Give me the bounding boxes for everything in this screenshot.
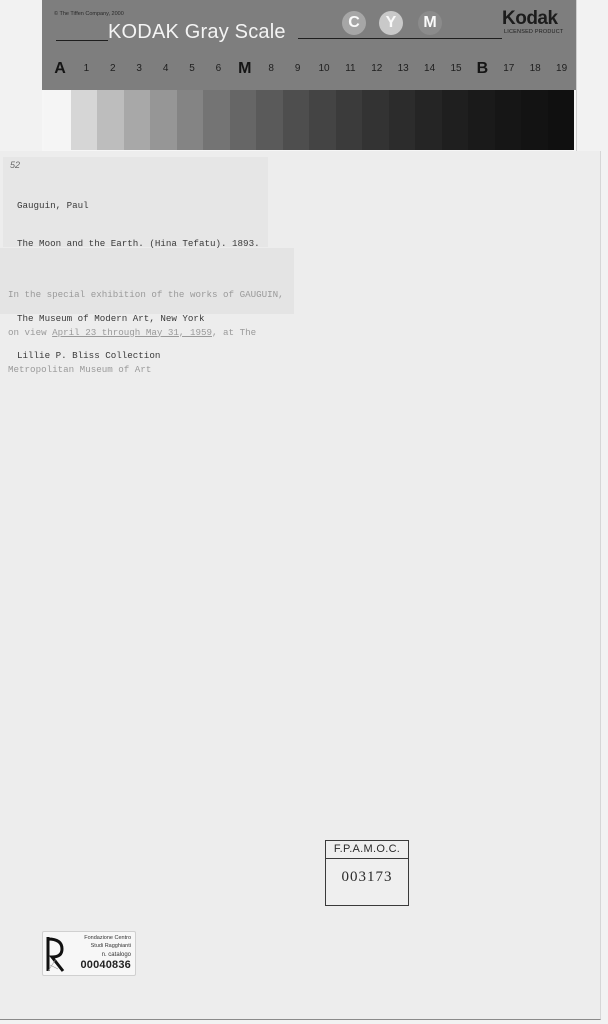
scale-label: 1 [84, 58, 90, 80]
catalog-sticker: Fondazione Centro Studi Ragghianti n. ca… [42, 931, 136, 976]
scale-label: 9 [295, 58, 301, 80]
catalog-label: n. catalogo [102, 952, 131, 958]
scale-label: M [238, 58, 251, 80]
gray-patch [230, 90, 257, 150]
scale-label: B [477, 58, 489, 80]
scale-label: 13 [398, 58, 409, 80]
scale-label: 10 [318, 58, 329, 80]
gray-patch [177, 90, 204, 150]
scale-label: 4 [163, 58, 169, 80]
kodak-gray-scale-card: © The Tiffen Company, 2000 KODAK Gray Sc… [42, 0, 577, 152]
title-rule-right [298, 38, 502, 39]
artwork-label: 52 Gauguin, Paul The Moon and the Earth.… [3, 157, 268, 247]
gray-patch [336, 90, 363, 150]
gray-patches [44, 90, 574, 150]
cyan-circle-icon: C [342, 11, 366, 35]
scale-label: 14 [424, 58, 435, 80]
gray-patch [203, 90, 230, 150]
yellow-circle-icon: Y [379, 11, 403, 35]
gray-patch [468, 90, 495, 150]
gray-patch [97, 90, 124, 150]
copyright-text: © The Tiffen Company, 2000 [54, 11, 124, 17]
gray-scale-header: © The Tiffen Company, 2000 KODAK Gray Sc… [42, 0, 576, 90]
gray-patch [548, 90, 575, 150]
gray-scale-title: KODAK Gray Scale [108, 21, 286, 44]
exhibition-on-view: on view [8, 327, 52, 338]
magenta-circle-icon: M [418, 11, 442, 35]
stamp-number: 003173 [326, 869, 408, 886]
scale-label: 19 [556, 58, 567, 80]
scale-label: 8 [268, 58, 274, 80]
handwritten-number: 52 [10, 159, 20, 172]
gray-patch [256, 90, 283, 150]
scale-label: 11 [345, 58, 355, 80]
gray-patch [521, 90, 548, 150]
ragghianti-logo-icon [46, 935, 66, 973]
scale-labels: A123456M89101112131415B171819 [42, 58, 576, 80]
gray-patch [495, 90, 522, 150]
org-name-line-2: Studi Ragghianti [91, 943, 131, 949]
scale-label: 5 [189, 58, 195, 80]
fpamoc-stamp: F.P.A.M.O.C. 003173 [325, 840, 409, 906]
title-rule-left [56, 40, 108, 41]
scale-label: 18 [530, 58, 541, 80]
scale-label: 12 [371, 58, 382, 80]
exhibition-line-3: Metropolitan Museum of Art [8, 364, 284, 377]
exhibition-label: In the special exhibition of the works o… [0, 248, 294, 314]
stamp-header: F.P.A.M.O.C. [326, 841, 408, 859]
gray-patch [71, 90, 98, 150]
artist-name: Gauguin, Paul [17, 200, 260, 213]
scale-label: 17 [503, 58, 514, 80]
gray-patch [44, 90, 71, 150]
scale-label: 3 [136, 58, 142, 80]
gray-patch [442, 90, 469, 150]
kodak-logo: Kodak [502, 8, 558, 30]
gray-patch [415, 90, 442, 150]
gray-patch [389, 90, 416, 150]
gray-patch [309, 90, 336, 150]
gray-patch [283, 90, 310, 150]
exhibition-line-1: In the special exhibition of the works o… [8, 289, 284, 302]
scale-label: A [54, 58, 66, 80]
gray-patch [362, 90, 389, 150]
gray-patch [124, 90, 151, 150]
exhibition-dates: April 23 through May 31, 1959 [52, 327, 212, 338]
org-name-line-1: Fondazione Centro [84, 935, 131, 941]
scale-label: 2 [110, 58, 116, 80]
scale-label: 6 [216, 58, 222, 80]
licensed-product-text: LICENSED PRODUCT [504, 29, 563, 35]
gray-patch [150, 90, 177, 150]
exhibition-line-2: on view April 23 through May 31, 1959, a… [8, 327, 284, 340]
catalog-number: 00040836 [80, 959, 131, 971]
exhibition-at: , at The [212, 327, 256, 338]
scale-label: 15 [450, 58, 461, 80]
